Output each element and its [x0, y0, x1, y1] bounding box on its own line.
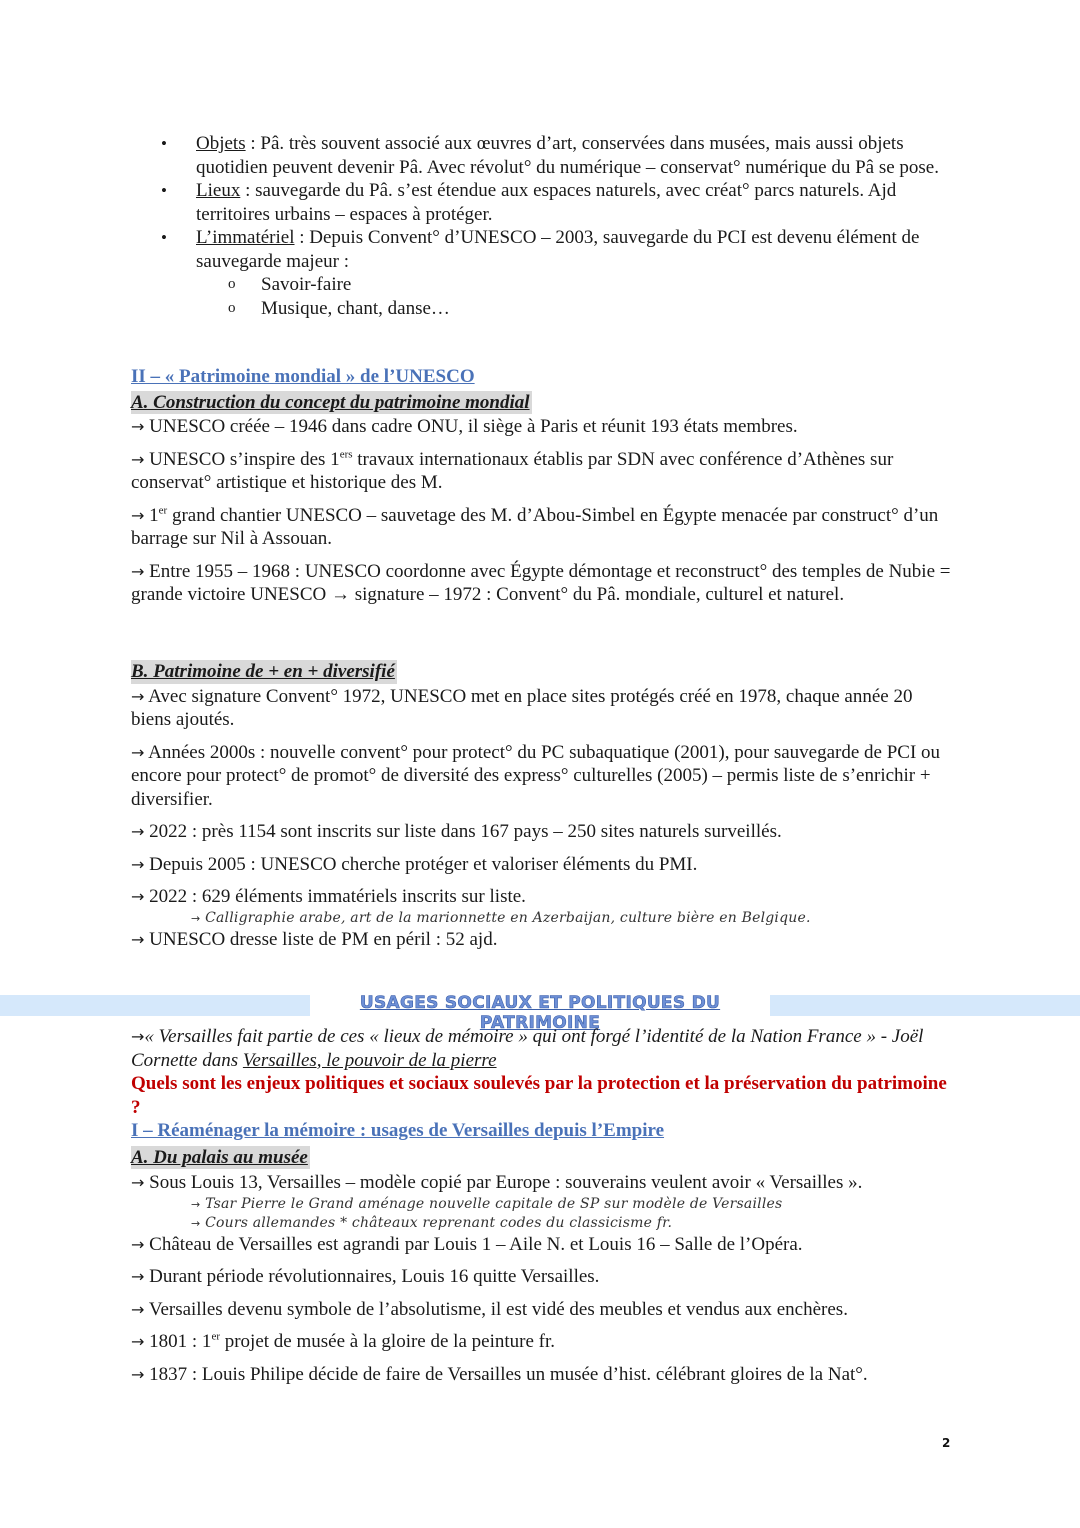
bullet-lieux: • Lieux : sauvegarde du Pâ. s’est étendu… [131, 179, 951, 226]
bullet-icon: • [161, 226, 167, 250]
arrow-paragraph: → 1er grand chantier UNESCO – sauvetage … [131, 504, 951, 551]
arrow-icon: → [131, 1173, 144, 1192]
paragraph-text: Sous Louis 13, Versailles – modèle copié… [149, 1172, 862, 1193]
subsection-heading: A. Du palais au musée [131, 1146, 310, 1170]
arrow-paragraph: → 2022 : près 1154 sont inscrits sur lis… [131, 820, 951, 844]
epigraph-quote: →« Versailles fait partie de ces « lieux… [131, 1025, 951, 1072]
arrow-icon: → [131, 1365, 144, 1384]
chapter-versailles: →« Versailles fait partie de ces « lieux… [131, 1025, 951, 1386]
paragraph-text: grand chantier UNESCO – sauvetage des M.… [131, 505, 938, 550]
arrow-icon: → [191, 1198, 200, 1211]
arrow-icon: → [131, 822, 144, 841]
arrow-icon: → [131, 1027, 144, 1046]
arrow-paragraph: → UNESCO s’inspire des 1ers travaux inte… [131, 448, 951, 495]
circle-bullet-icon: o [228, 273, 236, 297]
paragraph-text: UNESCO s’inspire des 1 [149, 449, 340, 470]
paragraph-text: Durant période révolutionnaires, Louis 1… [149, 1266, 599, 1287]
paragraph-text: Entre 1955 – 1968 : UNESCO coordonne ave… [131, 561, 950, 606]
section-heading: II – « Patrimoine mondial » de l’UNESCO [131, 365, 951, 389]
arrow-icon: → [131, 1300, 144, 1319]
subsection-heading: A. Construction du concept du patrimoine… [131, 391, 532, 415]
handwritten-note: → Calligraphie arabe, art de la marionne… [131, 909, 951, 928]
subbullet-item: o Savoir-faire [131, 273, 951, 297]
bullet-icon: • [161, 179, 167, 203]
arrow-icon: → [131, 1235, 144, 1254]
page-number: 2 [942, 1436, 950, 1450]
arrow-paragraph: → Château de Versailles est agrandi par … [131, 1233, 951, 1257]
arrow-paragraph: → Versailles devenu symbole de l’absolut… [131, 1298, 951, 1322]
paragraph-text: 1 [149, 505, 159, 526]
bullet-text: : Depuis Convent° d’UNESCO – 2003, sauve… [196, 227, 920, 272]
paragraph-text: Versailles devenu symbole de l’absolutis… [149, 1299, 848, 1320]
arrow-paragraph: → Durant période révolutionnaires, Louis… [131, 1265, 951, 1289]
intro-bullet-list: • Objets : Pâ. très souvent associé aux … [131, 132, 951, 320]
arrow-icon: → [131, 887, 144, 906]
bullet-immateriel: • L’immatériel : Depuis Convent° d’UNESC… [131, 226, 951, 273]
note-text: Calligraphie arabe, art de la marionnett… [205, 910, 811, 926]
handwritten-note: → Tsar Pierre le Grand aménage nouvelle … [131, 1195, 951, 1214]
subbullet-text: Savoir-faire [261, 274, 351, 295]
bullet-term: L’immatériel [196, 227, 295, 248]
handwritten-note: → Cours allemandes * châteaux reprenant … [131, 1214, 951, 1233]
paragraph-text: Depuis 2005 : UNESCO cherche protéger et… [149, 854, 697, 875]
paragraph-text: Avec signature Convent° 1972, UNESCO met… [131, 686, 912, 731]
circle-bullet-icon: o [228, 297, 236, 321]
document-page: • Objets : Pâ. très souvent associé aux … [0, 0, 1080, 1528]
arrow-paragraph: → UNESCO dresse liste de PM en péril : 5… [131, 928, 951, 952]
bullet-text: : Pâ. très souvent associé aux œuvres d’… [196, 133, 939, 178]
paragraph-text: 2022 : 629 éléments immatériels inscrits… [149, 886, 526, 907]
arrow-paragraph: → 2022 : 629 éléments immatériels inscri… [131, 885, 951, 909]
subsection-heading: B. Patrimoine de + en + diversifié [131, 660, 397, 684]
bullet-objets: • Objets : Pâ. très souvent associé aux … [131, 132, 951, 179]
arrow-icon: → [131, 562, 144, 581]
subbullet-text: Musique, chant, danse… [261, 298, 450, 319]
arrow-paragraph: → Entre 1955 – 1968 : UNESCO coordonne a… [131, 560, 951, 607]
arrow-icon: → [131, 855, 144, 874]
quote-book-title: Versailles, le pouvoir de la pierre [243, 1050, 497, 1071]
arrow-icon: → [131, 1332, 144, 1351]
arrow-icon: → [131, 506, 144, 525]
paragraph-text: Château de Versailles est agrandi par Lo… [149, 1234, 802, 1255]
arrow-paragraph: → Sous Louis 13, Versailles – modèle cop… [131, 1171, 951, 1195]
subbullet-item: o Musique, chant, danse… [131, 297, 951, 321]
arrow-paragraph: → UNESCO créée – 1946 dans cadre ONU, il… [131, 415, 951, 439]
paragraph-text: UNESCO créée – 1946 dans cadre ONU, il s… [149, 416, 797, 437]
bullet-term: Lieux [196, 180, 240, 201]
superscript: er [211, 1331, 220, 1343]
arrow-icon: → [131, 417, 144, 436]
section-heading: I – Réaménager la mémoire : usages de Ve… [131, 1119, 951, 1143]
arrow-paragraph: → 1837 : Louis Philipe décide de faire d… [131, 1363, 951, 1387]
arrow-icon: → [131, 450, 144, 469]
bullet-icon: • [161, 132, 167, 156]
arrow-icon: → [131, 1267, 144, 1286]
arrow-paragraph: → Depuis 2005 : UNESCO cherche protéger … [131, 853, 951, 877]
note-text: Tsar Pierre le Grand aménage nouvelle ca… [205, 1196, 782, 1212]
note-text: Cours allemandes * châteaux reprenant co… [205, 1215, 672, 1231]
superscript: er [159, 504, 168, 516]
arrow-icon: → [191, 1217, 200, 1230]
arrow-paragraph: → Années 2000s : nouvelle convent° pour … [131, 741, 951, 812]
paragraph-text: Années 2000s : nouvelle convent° pour pr… [131, 742, 940, 810]
paragraph-text: 1801 : 1 [149, 1331, 211, 1352]
subsection-diversified: B. Patrimoine de + en + diversifié → Ave… [131, 660, 951, 951]
bullet-text: : sauvegarde du Pâ. s’est étendue aux es… [196, 180, 896, 225]
quote-text: « Versailles fait partie de ces « lieux … [144, 1026, 891, 1047]
bullet-term: Objets [196, 133, 246, 154]
section-unesco: II – « Patrimoine mondial » de l’UNESCO … [131, 365, 951, 607]
arrow-paragraph: → 1801 : 1er projet de musée à la gloire… [131, 1330, 951, 1354]
arrow-icon: → [131, 743, 144, 762]
paragraph-text: UNESCO dresse liste de PM en péril : 52 … [149, 929, 497, 950]
paragraph-text: projet de musée à la gloire de la peintu… [220, 1331, 555, 1352]
arrow-paragraph: → Avec signature Convent° 1972, UNESCO m… [131, 685, 951, 732]
arrow-icon: → [191, 912, 200, 925]
arrow-icon: → [131, 687, 144, 706]
chapter-title: USAGES SOCIAUX ET POLITIQUES DU PATRIMOI… [310, 993, 770, 1017]
superscript: ers [340, 448, 353, 460]
paragraph-text: 1837 : Louis Philipe décide de faire de … [149, 1364, 867, 1385]
paragraph-text: 2022 : près 1154 sont inscrits sur liste… [149, 821, 782, 842]
problematic-question: Quels sont les enjeux politiques et soci… [131, 1072, 951, 1119]
arrow-icon: → [131, 930, 144, 949]
